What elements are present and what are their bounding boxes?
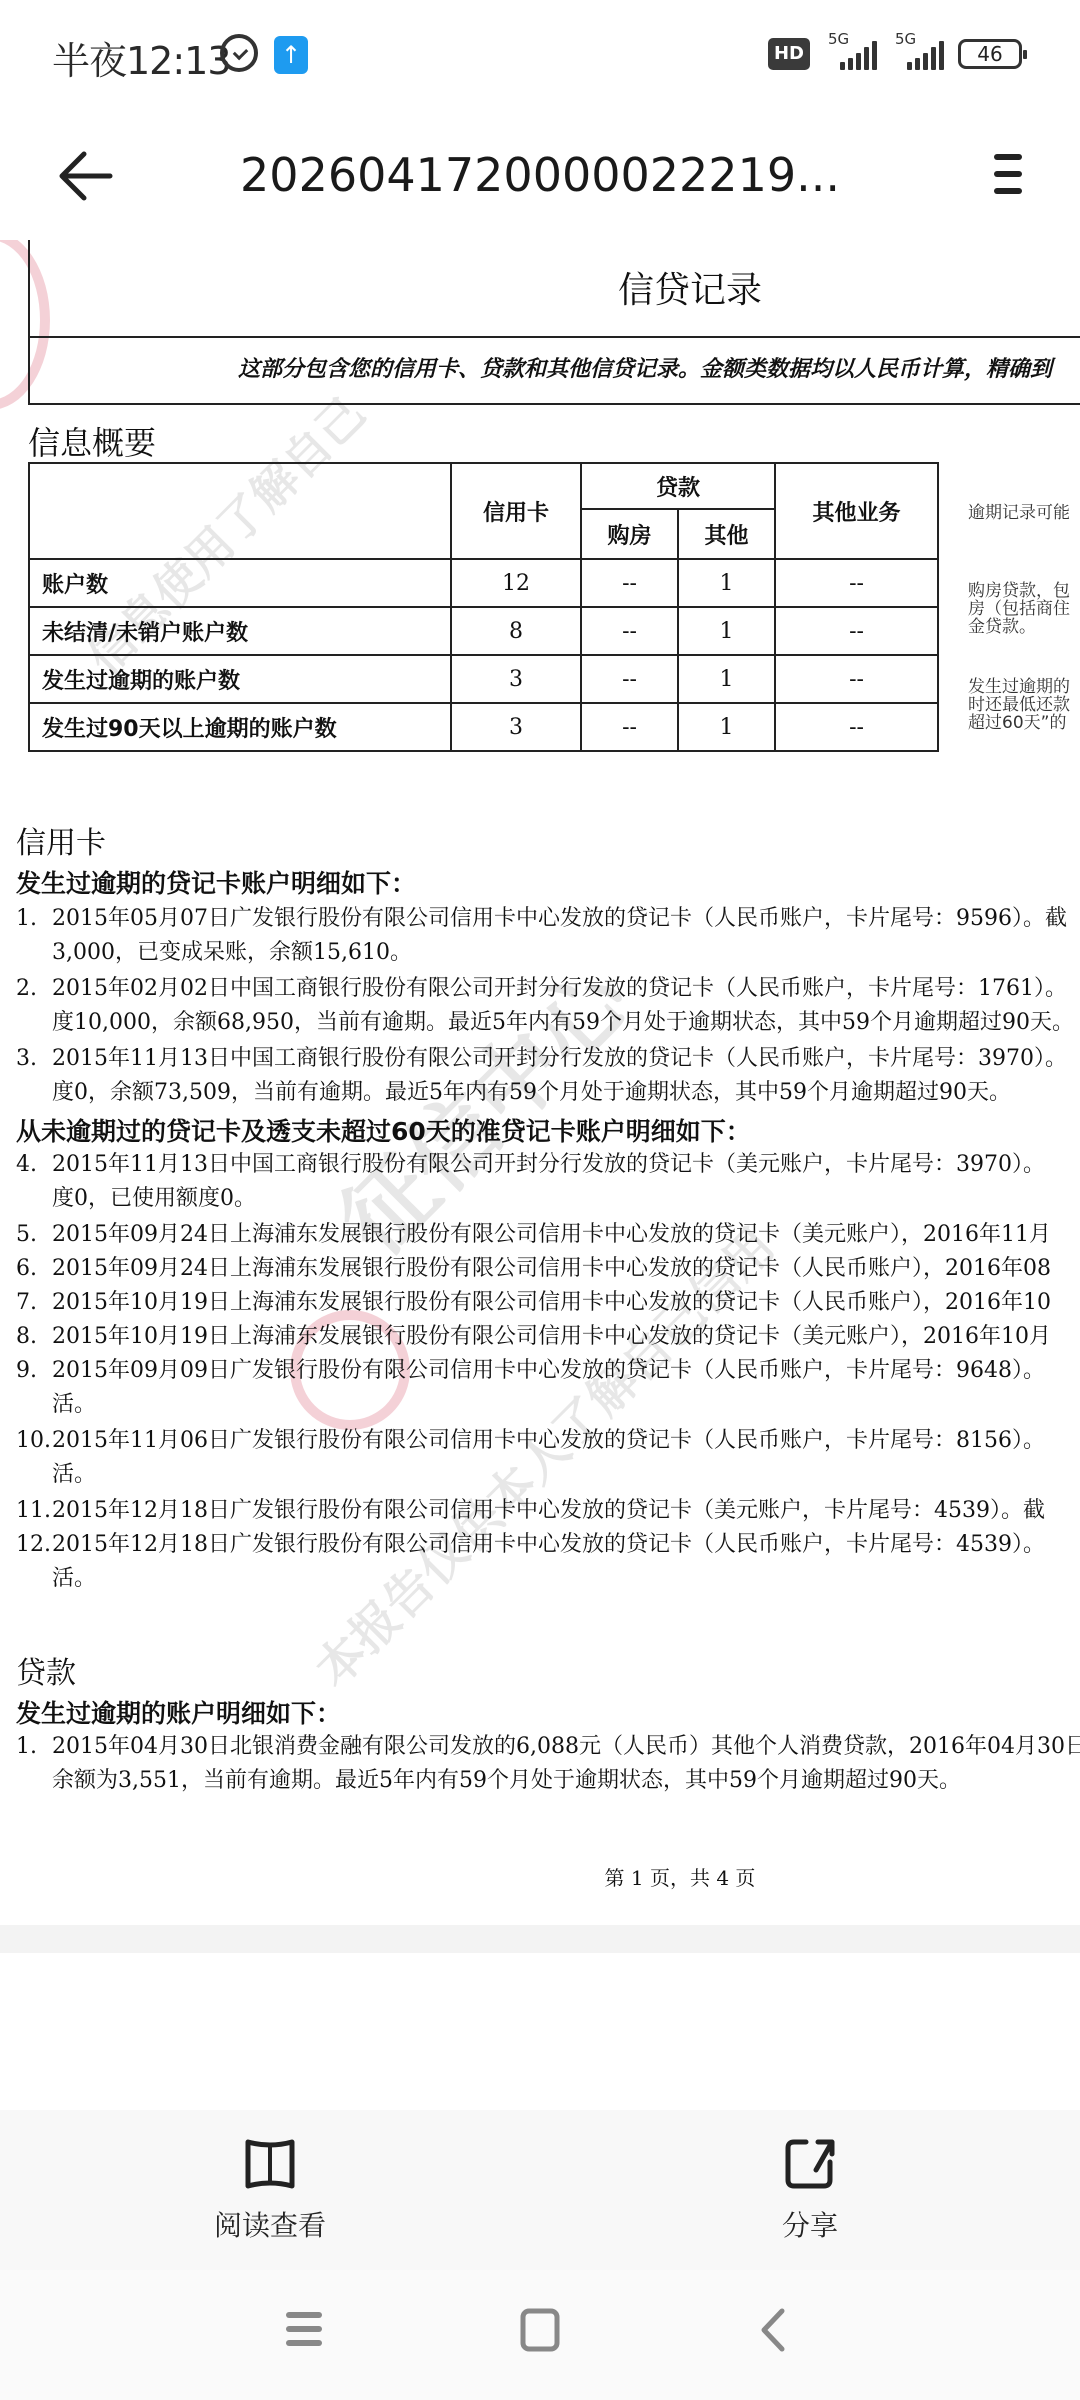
home-icon xyxy=(520,2308,560,2352)
list-item: 2.2015年02月02日中国工商银行股份有限公司开封分行发放的贷记卡（人民币账… xyxy=(16,972,1074,1040)
summary-header-credit-card: 信用卡 xyxy=(451,463,581,559)
battery-icon: 46 xyxy=(958,39,1022,69)
system-navigation-bar xyxy=(0,2270,1080,2400)
recents-icon xyxy=(284,2308,324,2350)
normal-cards-subtitle: 从未逾期过的贷记卡及透支未超过60天的准贷记卡账户明细如下： xyxy=(16,1112,751,1148)
credit-record-header-box: 信贷记录 这部分包含您的信用卡、贷款和其他信贷记录。金额类数据均以人民币计算，精… xyxy=(28,240,1080,405)
page-indicator: 第 1 页，共 4 页 xyxy=(0,1862,1080,1891)
summary-header-housing: 购房 xyxy=(581,509,678,559)
status-time: 半夜12:13 xyxy=(52,30,231,85)
table-row: 发生过逾期的账户数 3 -- 1 -- xyxy=(29,655,938,703)
side-note: 购房贷款，包 房（包括商住 金贷款。 xyxy=(968,582,1070,636)
upload-notification-icon: ↑ xyxy=(274,36,308,74)
overdue-loans-subtitle: 发生过逾期的账户明细如下： xyxy=(16,1694,341,1730)
list-item: 5.2015年09月24日上海浦东发展银行股份有限公司信用卡中心发放的贷记卡（美… xyxy=(16,1218,1051,1252)
home-button[interactable] xyxy=(520,2308,560,2356)
read-view-label: 阅读查看 xyxy=(170,2204,370,2244)
share-button[interactable]: 分享 xyxy=(710,2136,910,2244)
credit-record-heading: 信贷记录 xyxy=(30,262,1080,313)
summary-header-loan-other: 其他 xyxy=(678,509,775,559)
document-title: 2026041720000022219... xyxy=(0,148,1080,202)
summary-header-other-business: 其他业务 xyxy=(775,463,938,559)
table-row: 账户数 12 -- 1 -- xyxy=(29,559,938,607)
list-item: 10.2015年11月06日广发银行股份有限公司信用卡中心发放的贷记卡（人民币账… xyxy=(16,1424,1045,1492)
status-bar: 半夜12:13 ↑ HD 5G 5G 46 xyxy=(0,0,1080,110)
menu-icon-line xyxy=(994,188,1022,194)
overdue-cards-subtitle: 发生过逾期的贷记卡账户明细如下： xyxy=(16,864,416,900)
list-item: 1.2015年04月30日北银消费金融有限公司发放的6,088元（人民币）其他个… xyxy=(16,1730,1080,1798)
list-item: 12.2015年12月18日广发银行股份有限公司信用卡中心发放的贷记卡（人民币账… xyxy=(16,1528,1045,1596)
summary-header-loan: 贷款 xyxy=(581,463,775,509)
menu-icon-line xyxy=(994,154,1022,160)
list-item: 1.2015年05月07日广发银行股份有限公司信用卡中心发放的贷记卡（人民币账户… xyxy=(16,902,1067,970)
pdf-document-view[interactable]: 信息使用了解自己 征信中心 本报告仅供本人了解自己信用 信贷记录 这部分包含您的… xyxy=(0,240,1080,1920)
recent-apps-button[interactable] xyxy=(284,2308,324,2354)
loan-section-title: 贷款 xyxy=(16,1648,76,1692)
summary-table: 信用卡 贷款 其他业务 购房 其他 账户数 12 -- 1 -- 未结清/未销户… xyxy=(28,462,939,752)
list-item: 3.2015年11月13日中国工商银行股份有限公司开封分行发放的贷记卡（人民币账… xyxy=(16,1042,1067,1110)
share-label: 分享 xyxy=(710,2204,910,2244)
list-item: 6.2015年09月24日上海浦东发展银行股份有限公司信用卡中心发放的贷记卡（人… xyxy=(16,1252,1051,1286)
table-row: 未结清/未销户账户数 8 -- 1 -- xyxy=(29,607,938,655)
back-chevron-icon xyxy=(758,2308,788,2352)
summary-header-blank xyxy=(29,463,451,559)
bottom-action-bar: 阅读查看 分享 xyxy=(0,2110,1080,2270)
table-row: 发生过90天以上逾期的账户数 3 -- 1 -- xyxy=(29,703,938,751)
list-item: 9.2015年09月09日广发银行股份有限公司信用卡中心发放的贷记卡（人民币账户… xyxy=(16,1354,1045,1422)
credit-card-section-title: 信用卡 xyxy=(16,818,106,862)
signal-icon-sim1: 5G xyxy=(824,38,877,70)
hd-voice-icon: HD xyxy=(768,38,810,70)
system-back-button[interactable] xyxy=(758,2308,788,2356)
signal-icon-sim2: 5G xyxy=(891,38,944,70)
page-separator xyxy=(0,1925,1080,1953)
menu-icon-line xyxy=(994,171,1022,177)
list-item: 8.2015年10月19日上海浦东发展银行股份有限公司信用卡中心发放的贷记卡（美… xyxy=(16,1320,1051,1354)
book-icon xyxy=(240,2136,300,2192)
list-item: 7.2015年10月19日上海浦东发展银行股份有限公司信用卡中心发放的贷记卡（人… xyxy=(16,1286,1051,1320)
side-note: 逾期记录可能 xyxy=(968,504,1070,522)
list-item: 4.2015年11月13日中国工商银行股份有限公司开封分行发放的贷记卡（美元账户… xyxy=(16,1148,1045,1216)
share-icon xyxy=(780,2136,840,2192)
status-indicators: HD 5G 5G 46 xyxy=(768,34,1022,74)
alarm-icon xyxy=(220,34,258,72)
menu-button[interactable] xyxy=(994,154,1024,198)
side-note: 发生过逾期的 时还最低还款 超过60天”的 xyxy=(968,678,1070,732)
list-item: 11.2015年12月18日广发银行股份有限公司信用卡中心发放的贷记卡（美元账户… xyxy=(16,1494,1045,1528)
overview-title: 信息概要 xyxy=(28,418,156,464)
read-view-button[interactable]: 阅读查看 xyxy=(170,2136,370,2244)
credit-record-description: 这部分包含您的信用卡、贷款和其他信贷记录。金额类数据均以人民币计算，精确到 xyxy=(238,352,1052,383)
title-bar: 2026041720000022219... xyxy=(0,110,1080,240)
